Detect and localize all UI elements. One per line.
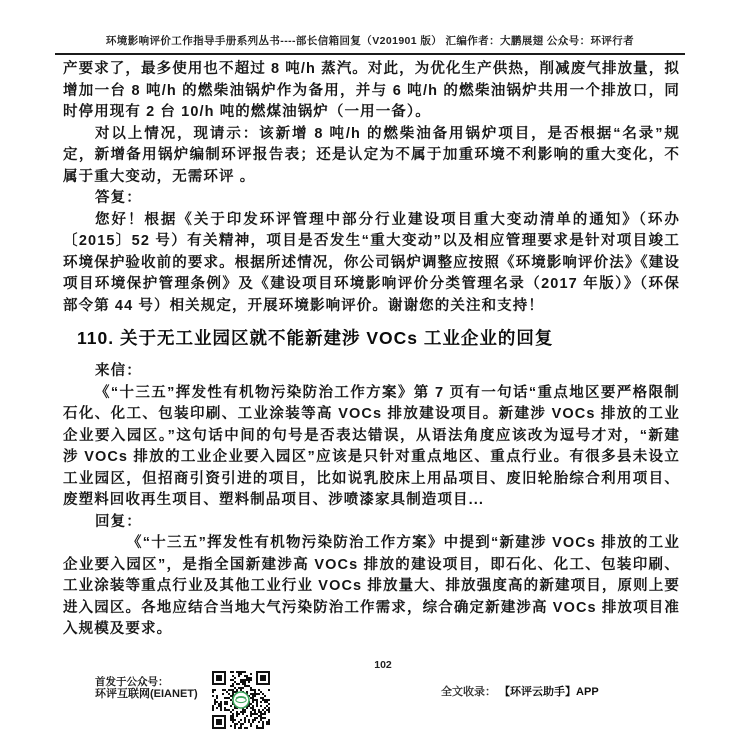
section-heading-110: 110. 关于无工业园区就不能新建涉 VOCs 工业企业的回复 [63,325,680,351]
document-page: 环境影响评价工作指导手册系列丛书----部长信箱回复（V201901 版） 汇编… [0,0,740,740]
footer-publisher-line2: 环评互联网(EIANET) [95,688,198,700]
paragraph-letter-110: 《“十三五”挥发性有机物污染防治工作方案》第 7 页有一句话“重点地区要严格限制… [63,383,680,512]
paragraph-request: 对以上情况，现请示：该新增 8 吨/h 的燃柴油备用锅炉项目，是否根据“名录”规… [63,124,680,189]
page-number: 102 [374,659,392,671]
footer-publisher-line1: 首发于公众号： [95,676,198,688]
letter-label: 来信： [63,361,680,383]
paragraph-continuation: 产要求了，最多使用也不超过 8 吨/h 蒸汽。对此，为优化生产供热，削减废气排放… [63,59,680,124]
footer-publisher: 首发于公众号： 环评互联网(EIANET) [95,676,198,700]
paragraph-reply-109: 您好！根据《关于印发环评管理中部分行业建设项目重大变动清单的通知》（环办〔201… [63,210,680,318]
paragraph-reply-110: 《“十三五”挥发性有机物污染防治工作方案》中提到“新建涉 VOCs 排放的工业企… [63,533,680,641]
reply-label: 答复： [63,188,680,210]
reply-label-110: 回复： [63,512,680,534]
document-body: 产要求了，最多使用也不超过 8 吨/h 蒸汽。对此，为优化生产供热，削减废气排放… [63,59,680,641]
footer-collection-label: 全文收录： [441,686,496,698]
footer-collection: 全文收录： 【环评云助手】APP [441,683,599,699]
qr-code [212,671,270,729]
document-header: 环境影响评价工作指导手册系列丛书----部长信箱回复（V201901 版） 汇编… [55,0,685,55]
footer-collection-app: 【环评云助手】APP [499,686,599,698]
